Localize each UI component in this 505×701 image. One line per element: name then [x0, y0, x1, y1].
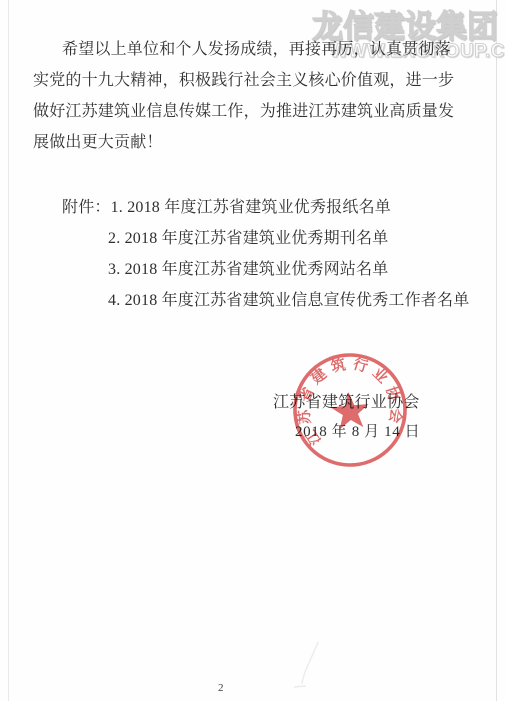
seal-star [330, 390, 371, 429]
document-page: 龙信建设集团 WWW.LXGROUP.CN 希望以上单位和个人发扬成绩，再接再厉… [0, 0, 505, 701]
attachments-label: 附件： [62, 199, 111, 216]
paragraph-line: 展做出更大贡献！ [33, 127, 473, 158]
attachments-block: 附件：1. 2018 年度江苏省建筑业优秀报纸名单 2. 2018 年度江苏省建… [62, 192, 482, 316]
body-paragraph: 希望以上单位和个人发扬成绩，再接再厉，认真贯彻落 实党的十九大精神，积极践行社会… [33, 34, 473, 158]
official-seal: 江苏省建筑行业协会 [272, 332, 428, 488]
page-number: 2 [218, 682, 224, 694]
attachment-item: 3. 2018 年度江苏省建筑业优秀网站名单 [62, 254, 482, 285]
scan-edge-left [8, 0, 9, 701]
attachment-item: 2. 2018 年度江苏省建筑业优秀期刊名单 [62, 223, 482, 254]
attachment-row: 附件：1. 2018 年度江苏省建筑业优秀报纸名单 [62, 192, 482, 223]
paragraph-line: 做好江苏建筑业信息传媒工作，为推进江苏建筑业高质量发 [33, 96, 473, 127]
attachment-item: 4. 2018 年度江苏省建筑业信息宣传优秀工作者名单 [62, 285, 482, 316]
attachment-item: 1. 2018 年度江苏省建筑业优秀报纸名单 [111, 199, 391, 216]
paragraph-line: 希望以上单位和个人发扬成绩，再接再厉，认真贯彻落 [33, 34, 473, 65]
scan-artifact [290, 640, 330, 695]
paragraph-line: 实党的十九大精神，积极践行社会主义核心价值观，进一步 [33, 65, 473, 96]
scan-edge-right [496, 0, 497, 701]
